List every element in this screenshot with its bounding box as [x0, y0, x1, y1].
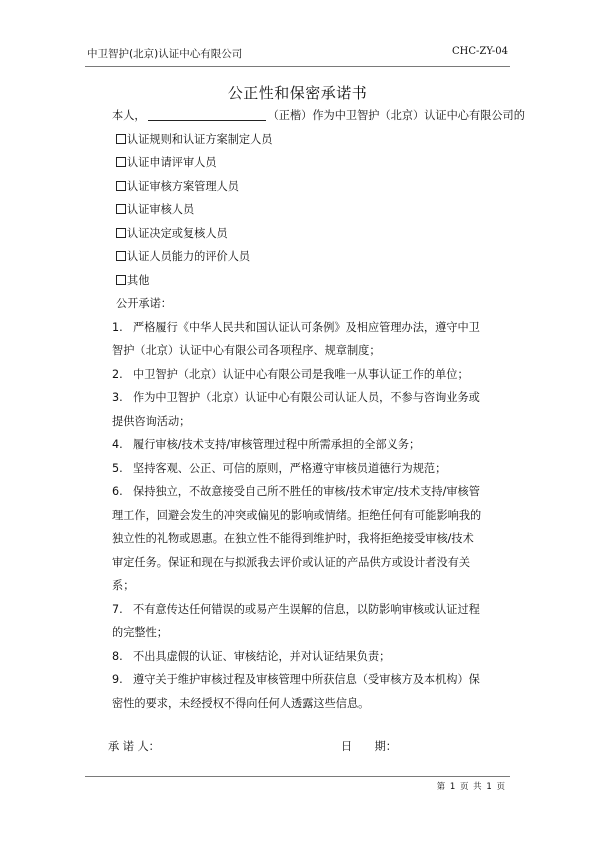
commitment-text: 的完整性；	[112, 626, 168, 639]
role-label: 认证决定或复核人员	[127, 227, 228, 240]
commitment-text: 履行审核/技术支持/审核管理过程中所需承担的全部义务；	[133, 438, 420, 451]
header-company: 中卫智护(北京)认证中心有限公司	[87, 46, 242, 61]
commitment-number: 9.	[112, 668, 133, 692]
date-signature: 日 期：	[341, 738, 397, 754]
header-doc-code: CHC-ZY-04	[452, 46, 508, 57]
page-footer: 第 1 页 共 1 页	[85, 776, 510, 777]
commitment-line: 审定任务。保证和现在与拟派我去评价或认证的产品供方或设计者没有关	[112, 551, 510, 575]
commitment-number: 3.	[112, 386, 133, 410]
role-label: 认证申请评审人员	[127, 156, 217, 169]
role-item: 认证审核人员	[112, 198, 510, 222]
role-checkbox[interactable]	[116, 134, 126, 144]
commitment-text: 坚持客观、公正、可信的原则，严格遵守审核员道德行为规范；	[133, 462, 446, 475]
commitment-number: 5.	[112, 457, 133, 481]
commitment-number: 1.	[112, 316, 133, 340]
commitment-line: 系；	[112, 574, 510, 598]
commitment-text: 密性的要求，未经授权不得向任何人透露这些信息。	[112, 697, 369, 710]
commitment-text: 系；	[112, 579, 134, 592]
document-body: 本人，（正楷）作为中卫智护（北京）认证中心有限公司的 认证规则和认证方案制定人员…	[112, 104, 510, 715]
role-item: 认证人员能力的评价人员	[112, 245, 510, 269]
role-item: 认证审核方案管理人员	[112, 175, 510, 199]
page-header: 中卫智护(北京)认证中心有限公司 CHC-ZY-04	[85, 44, 510, 67]
commitment-text: 保持独立，不故意接受自己所不胜任的审核/技术审定/技术支持/审核管	[133, 485, 480, 498]
commitment-line: 4.履行审核/技术支持/审核管理过程中所需承担的全部义务；	[112, 433, 510, 457]
intro-line: 本人，（正楷）作为中卫智护（北京）认证中心有限公司的	[112, 104, 510, 128]
commitment-text: 审定任务。保证和现在与拟派我去评价或认证的产品供方或设计者没有关	[112, 556, 470, 569]
commitment-line: 3.作为中卫智护（北京）认证中心有限公司认证人员，不参与咨询业务或	[112, 386, 510, 410]
intro-suffix: （正楷）作为中卫智护（北京）认证中心有限公司的	[268, 109, 525, 122]
commitment-line: 提供咨询活动；	[112, 410, 510, 434]
role-checkbox[interactable]	[116, 181, 126, 191]
commitment-text: 严格履行《中华人民共和国认证认可条例》及相应管理办法，遵守中卫	[133, 321, 480, 334]
commitment-line: 的完整性；	[112, 621, 510, 645]
commitment-line: 密性的要求，未经授权不得向任何人透露这些信息。	[112, 692, 510, 716]
commitment-text: 理工作，回避会发生的冲突或偏见的影响或情绪。拒绝任何有可能影响我的	[112, 509, 481, 522]
role-label: 认证规则和认证方案制定人员	[127, 133, 272, 146]
role-label: 其他	[127, 274, 149, 287]
role-item: 认证规则和认证方案制定人员	[112, 128, 510, 152]
role-label: 认证审核人员	[127, 203, 194, 216]
commitment-line: 智护（北京）认证中心有限公司各项程序、规章制度；	[112, 339, 510, 363]
commitment-line: 9.遵守关于维护审核过程及审核管理中所获信息（受审核方及本机构）保	[112, 668, 510, 692]
role-item: 认证申请评审人员	[112, 151, 510, 175]
commitment-line: 6.保持独立，不故意接受自己所不胜任的审核/技术审定/技术支持/审核管	[112, 480, 510, 504]
commitment-line: 8.不出具虚假的认证、审核结论，并对认证结果负责；	[112, 645, 510, 669]
name-blank-field[interactable]	[148, 107, 266, 121]
commitment-text: 不出具虚假的认证、审核结论，并对认证结果负责；	[133, 650, 390, 663]
commitment-text: 提供咨询活动；	[112, 415, 190, 428]
commitment-number: 8.	[112, 645, 133, 669]
commitment-text: 中卫智护（北京）认证中心有限公司是我唯一从事认证工作的单位；	[133, 368, 469, 381]
role-label: 认证人员能力的评价人员	[127, 250, 250, 263]
role-checkbox[interactable]	[116, 275, 126, 285]
commitment-text: 独立性的礼物或恩惠。在独立性不能得到维护时，我将拒绝接受审核/技术	[112, 532, 474, 545]
commitment-line: 7.不有意传达任何错误的或易产生误解的信息，以防影响审核或认证过程	[112, 598, 510, 622]
commitment-text: 遵守关于维护审核过程及审核管理中所获信息（受审核方及本机构）保	[133, 673, 480, 686]
date-label: 日 期：	[341, 740, 397, 753]
commitment-text: 不有意传达任何错误的或易产生误解的信息，以防影响审核或认证过程	[133, 603, 480, 616]
role-checkbox[interactable]	[116, 204, 126, 214]
role-label: 认证审核方案管理人员	[127, 180, 239, 193]
role-checkbox[interactable]	[116, 251, 126, 261]
promisor-label: 承 诺 人：	[108, 740, 160, 753]
document-title: 公正性和保密承诺书	[0, 82, 595, 103]
commitment-text: 智护（北京）认证中心有限公司各项程序、规章制度；	[112, 344, 381, 357]
commitment-number: 2.	[112, 363, 133, 387]
commitment-number: 4.	[112, 433, 133, 457]
role-item: 其他	[112, 269, 510, 293]
commitment-heading: 公开承诺：	[112, 292, 510, 316]
commitment-number: 7.	[112, 598, 133, 622]
page-number: 第 1 页 共 1 页	[437, 780, 506, 792]
commitment-line: 5.坚持客观、公正、可信的原则，严格遵守审核员道德行为规范；	[112, 457, 510, 481]
commitment-line: 独立性的礼物或恩惠。在独立性不能得到维护时，我将拒绝接受审核/技术	[112, 527, 510, 551]
role-checkbox[interactable]	[116, 228, 126, 238]
intro-prefix: 本人，	[112, 109, 146, 122]
commitment-text: 作为中卫智护（北京）认证中心有限公司认证人员，不参与咨询业务或	[133, 391, 480, 404]
commitment-number: 6.	[112, 480, 133, 504]
commitment-line: 1.严格履行《中华人民共和国认证认可条例》及相应管理办法，遵守中卫	[112, 316, 510, 340]
commitment-line: 理工作，回避会发生的冲突或偏见的影响或情绪。拒绝任何有可能影响我的	[112, 504, 510, 528]
commitment-line: 2.中卫智护（北京）认证中心有限公司是我唯一从事认证工作的单位；	[112, 363, 510, 387]
role-item: 认证决定或复核人员	[112, 222, 510, 246]
promisor-signature: 承 诺 人：	[108, 738, 160, 754]
commitment-list: 1.严格履行《中华人民共和国认证认可条例》及相应管理办法，遵守中卫智护（北京）认…	[112, 316, 510, 716]
role-checkbox[interactable]	[116, 157, 126, 167]
